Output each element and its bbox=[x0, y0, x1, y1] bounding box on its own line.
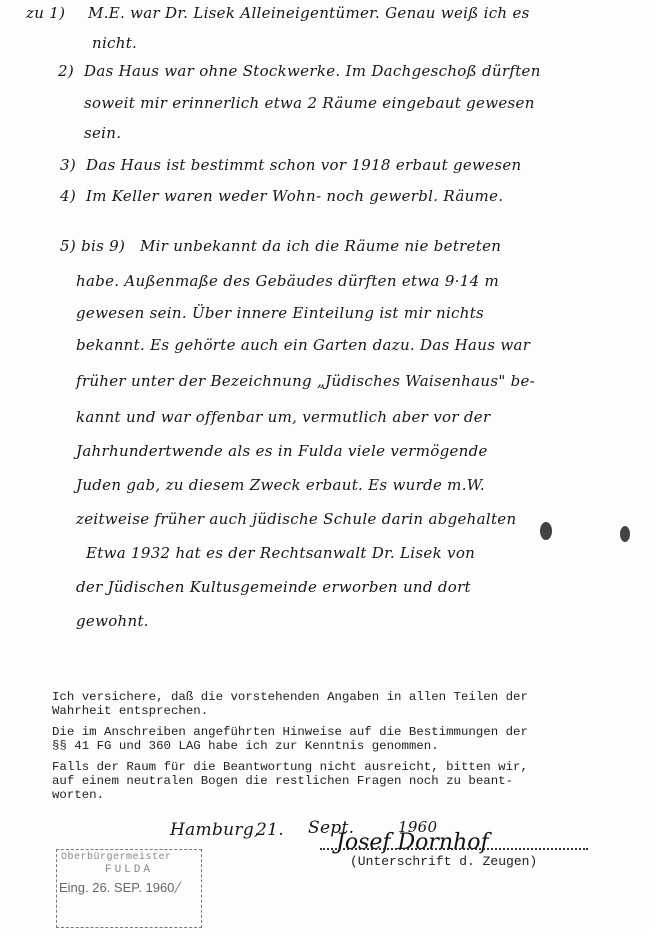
answer-5-9-line-2: habe. Außenmaße des Gebäudes dürften etw… bbox=[76, 272, 499, 290]
answer-1-line-2: nicht. bbox=[92, 34, 137, 52]
declaration-line-1: Ich versichere, daß die vorstehenden Ang… bbox=[52, 690, 528, 704]
answer-2-prefix: 2) bbox=[58, 62, 74, 80]
answer-5-9-line-6: kannt und war offenbar um, vermutlich ab… bbox=[76, 408, 490, 426]
place: Hamburg, bbox=[170, 820, 260, 840]
answer-5-9-line-12: gewohnt. bbox=[76, 612, 149, 630]
answer-4-line-1: Im Keller waren weder Wohn- noch gewerbl… bbox=[86, 187, 503, 205]
answer-5-9-line-5: früher unter der Bezeichnung „Jüdisches … bbox=[76, 372, 535, 390]
declaration-line-4: §§ 41 FG und 360 LAG habe ich zur Kenntn… bbox=[52, 739, 439, 753]
answer-5-9-line-9: zeitweise früher auch jüdische Schule da… bbox=[76, 510, 516, 528]
answer-5-9-line-8: Juden gab, zu diesem Zweck erbaut. Es wu… bbox=[76, 476, 485, 494]
declaration-line-6: auf einem neutralen Bogen die restlichen… bbox=[52, 774, 513, 788]
signature-line bbox=[320, 848, 588, 850]
answer-5-9-line-4: bekannt. Es gehörte auch ein Garten dazu… bbox=[76, 336, 530, 354]
answer-5-9-line-10: Etwa 1932 hat es der Rechtsanwalt Dr. Li… bbox=[86, 544, 475, 562]
answer-2-line-1: Das Haus war ohne Stockwerke. Im Dachges… bbox=[84, 62, 541, 80]
answer-1-line-1: M.E. war Dr. Lisek Alleineigentümer. Gen… bbox=[88, 4, 530, 22]
received-stamp: Oberbürgermeister FULDA Eing. 26. SEP. 1… bbox=[56, 849, 202, 928]
stamp-date: Eing. 26. SEP. 1960 bbox=[59, 880, 174, 895]
document-page: zu 1) M.E. war Dr. Lisek Alleineigentüme… bbox=[0, 0, 650, 934]
answer-5-9-prefix: 5) bis 9) bbox=[60, 237, 125, 255]
answer-5-9-line-7: Jahrhundertwende als es in Fulda viele v… bbox=[76, 442, 488, 460]
answer-5-9-line-3: gewesen sein. Über innere Einteilung ist… bbox=[76, 304, 484, 322]
answer-4-prefix: 4) bbox=[60, 187, 76, 205]
answer-1-prefix: zu 1) bbox=[26, 4, 65, 22]
signature: Josef Dornhof bbox=[336, 830, 489, 855]
answer-2-line-2: soweit mir erinnerlich etwa 2 Räume eing… bbox=[84, 94, 535, 112]
answer-5-9-line-1: Mir unbekannt da ich die Räume nie betre… bbox=[140, 237, 501, 255]
declaration-line-2: Wahrheit entsprechen. bbox=[52, 704, 208, 718]
ink-smudge bbox=[540, 522, 552, 540]
stamp-authority: Oberbürgermeister bbox=[61, 852, 172, 863]
declaration-line-5: Falls der Raum für die Beantwortung nich… bbox=[52, 760, 528, 774]
answer-3-prefix: 3) bbox=[60, 156, 76, 174]
declaration-line-3: Die im Anschreiben angeführten Hinweise … bbox=[52, 725, 528, 739]
answer-2-line-3: sein. bbox=[84, 124, 121, 142]
signature-caption: (Unterschrift d. Zeugen) bbox=[350, 855, 537, 869]
declaration-line-7: worten. bbox=[52, 788, 104, 802]
date-day: 21. bbox=[256, 820, 284, 840]
stamp-check-mark: / bbox=[173, 880, 183, 898]
answer-3-line-1: Das Haus ist bestimmt schon vor 1918 erb… bbox=[86, 156, 522, 174]
stamp-city: FULDA bbox=[57, 864, 201, 876]
answer-5-9-line-11: der Jüdischen Kultusgemeinde erworben un… bbox=[76, 578, 471, 596]
ink-smudge bbox=[620, 526, 630, 542]
